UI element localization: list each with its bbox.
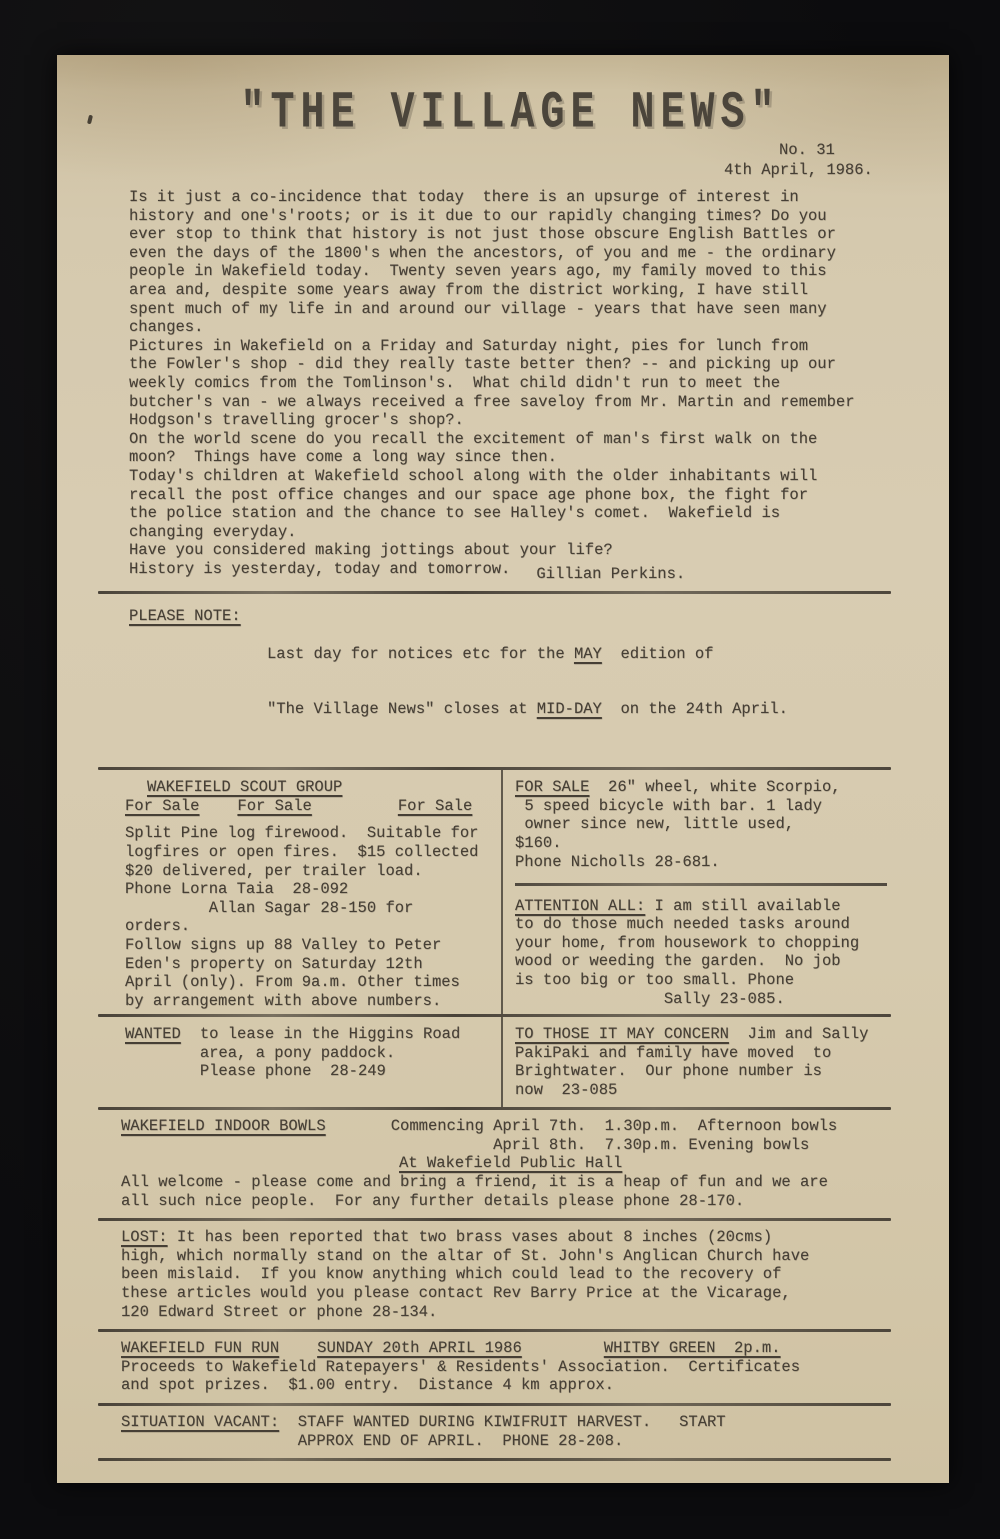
bowls-line-2: April 8th. 7.30p.m. Evening bowls (121, 1136, 891, 1155)
masthead: "THE VILLAGE NEWS" No. 31 4th April, 198… (98, 55, 891, 188)
fun-run-heading-line: WAKEFIELD FUN RUNSUNDAY 20th APRIL 1986W… (121, 1339, 891, 1358)
note-line1-tail: edition of (602, 645, 714, 663)
column-rule (515, 883, 887, 886)
classifieds-upper: WAKEFIELD SCOUT GROUP For SaleFor SaleFo… (98, 770, 891, 1014)
issue-date: 4th April, 1986. (724, 161, 873, 180)
for-sale-3: For Sale (398, 797, 472, 815)
vacant-line1-rest: STAFF WANTED DURING KIWIFRUIT HARVEST. S… (279, 1413, 725, 1431)
bowls-heading: WAKEFIELD INDOOR BOWLS (121, 1117, 326, 1135)
editorial-para-2: Pictures in Wakefield on a Friday and Sa… (129, 337, 891, 430)
bowls-venue-wrap: At Wakefield Public Hall (399, 1154, 891, 1173)
newsletter-title: "THE VILLAGE NEWS" (114, 103, 907, 127)
concern-heading: TO THOSE IT MAY CONCERN (515, 1025, 729, 1043)
vacant-line-2: APPROX END OF APRIL. PHONE 28-208. (121, 1432, 891, 1451)
wanted-heading: WANTED (125, 1025, 181, 1107)
attention-heading: ATTENTION ALL: (515, 897, 645, 915)
editorial-section: Is it just a co-incidence that today the… (98, 188, 891, 578)
please-note-section: PLEASE NOTE: Last day for notices etc fo… (98, 607, 891, 756)
for-sale-1: For Sale (125, 797, 199, 815)
note-midday-underlined: MID-DAY (537, 700, 602, 718)
lost-section: LOST: It has been reported that two bras… (98, 1221, 891, 1329)
attention-body: to do those much needed tasks around you… (515, 915, 887, 1008)
scout-heading-wrap: WAKEFIELD SCOUT GROUP (125, 778, 487, 797)
please-note-label-wrap: PLEASE NOTE: (129, 607, 267, 756)
concern-body: PakiPaki and family have moved to Bright… (515, 1044, 887, 1100)
issue-number: No. 31 (779, 141, 835, 160)
editorial-closing-line: History is yesterday, today and tomorrow… (129, 560, 891, 579)
ink-speck (87, 115, 93, 125)
fun-run-date: SUNDAY 20th APRIL 1986 (317, 1339, 522, 1357)
lost-heading-line: LOST: It has been reported that two bras… (121, 1228, 891, 1247)
lost-heading-rest: It has been reported that two brass vase… (168, 1228, 773, 1246)
bowls-body: All welcome - please come and bring a fr… (121, 1173, 891, 1210)
please-note-line-1: Last day for notices etc for the MAY edi… (267, 645, 788, 664)
lost-heading: LOST: (121, 1228, 168, 1246)
note-may-underlined: MAY (574, 645, 602, 663)
bowls-line1-rest: Commencing April 7th. 1.30p.m. Afternoon… (326, 1117, 838, 1135)
editorial-para-5: Have you considered making jottings abou… (129, 541, 891, 560)
horizontal-rule-final (98, 1458, 891, 1461)
editorial-para-6: History is yesterday, today and tomorrow… (129, 560, 510, 579)
wanted-body: to lease in the Higgins Road area, a pon… (200, 1025, 460, 1107)
vacant-heading: SITUATION VACANT: (121, 1413, 279, 1431)
fun-run-section: WAKEFIELD FUN RUNSUNDAY 20th APRIL 1986W… (98, 1332, 891, 1403)
newsletter-page: "THE VILLAGE NEWS" No. 31 4th April, 198… (57, 55, 949, 1483)
right-column-upper: FOR SALE 26" wheel, white Scorpio, 5 spe… (501, 770, 891, 1014)
attention-heading-rest: I am still available (645, 897, 840, 915)
classifieds-lower: WANTED to lease in the Higgins Road area… (98, 1017, 891, 1107)
please-note-label: PLEASE NOTE: (129, 607, 241, 625)
note-line2-text: "The Village News" closes at (267, 700, 537, 718)
note-line2-tail: on the 24th April. (602, 700, 788, 718)
concern-heading-line: TO THOSE IT MAY CONCERN Jim and Sally (515, 1025, 887, 1044)
note-line1-text: Last day for notices etc for the (267, 645, 574, 663)
fun-run-body: Proceeds to Wakefield Ratepayers' & Resi… (121, 1358, 891, 1395)
concern-heading-rest: Jim and Sally (729, 1025, 869, 1043)
bike-heading-rest: 26" wheel, white Scorpio, (589, 778, 840, 796)
editorial-para-1: Is it just a co-incidence that today the… (129, 188, 891, 337)
bike-heading: FOR SALE (515, 778, 589, 796)
bike-heading-line: FOR SALE 26" wheel, white Scorpio, (515, 778, 887, 797)
scout-body: Split Pine log firewood. Suitable for lo… (125, 824, 487, 1010)
wanted-ad: WANTED to lease in the Higgins Road area… (98, 1017, 501, 1107)
scout-group-ad: WAKEFIELD SCOUT GROUP For SaleFor SaleFo… (98, 770, 501, 1014)
please-note-line-2: "The Village News" closes at MID-DAY on … (267, 700, 788, 719)
indoor-bowls-section: WAKEFIELD INDOOR BOWLS Commencing April … (98, 1110, 891, 1218)
scout-heading: WAKEFIELD SCOUT GROUP (147, 778, 342, 796)
editorial-signature: Gillian Perkins. (536, 565, 685, 584)
concern-ad: TO THOSE IT MAY CONCERN Jim and Sally Pa… (501, 1017, 891, 1107)
vacant-line-1: SITUATION VACANT: STAFF WANTED DURING KI… (121, 1413, 891, 1432)
for-sale-2: For Sale (237, 797, 311, 815)
bike-body: 5 speed bicycle with bar. 1 lady owner s… (515, 797, 887, 871)
bowls-venue: At Wakefield Public Hall (399, 1154, 622, 1172)
bowls-line-1: WAKEFIELD INDOOR BOWLS Commencing April … (121, 1117, 891, 1136)
lost-body: high, which normally stand on the altar … (121, 1247, 891, 1321)
please-note-body: Last day for notices etc for the MAY edi… (267, 607, 788, 756)
scan-background: "THE VILLAGE NEWS" No. 31 4th April, 198… (0, 0, 1000, 1539)
editorial-para-3: On the world scene do you recall the exc… (129, 430, 891, 467)
attention-heading-line: ATTENTION ALL: I am still available (515, 897, 887, 916)
horizontal-rule (98, 591, 891, 594)
fun-run-venue: WHITBY GREEN 2p.m. (604, 1339, 781, 1357)
fun-run-heading: WAKEFIELD FUN RUN (121, 1339, 279, 1357)
editorial-para-4: Today's children at Wakefield school alo… (129, 467, 891, 541)
situation-vacant-section: SITUATION VACANT: STAFF WANTED DURING KI… (98, 1406, 891, 1458)
page-content: "THE VILLAGE NEWS" No. 31 4th April, 198… (98, 55, 891, 1483)
for-sale-row: For SaleFor SaleFor Sale (125, 797, 487, 816)
